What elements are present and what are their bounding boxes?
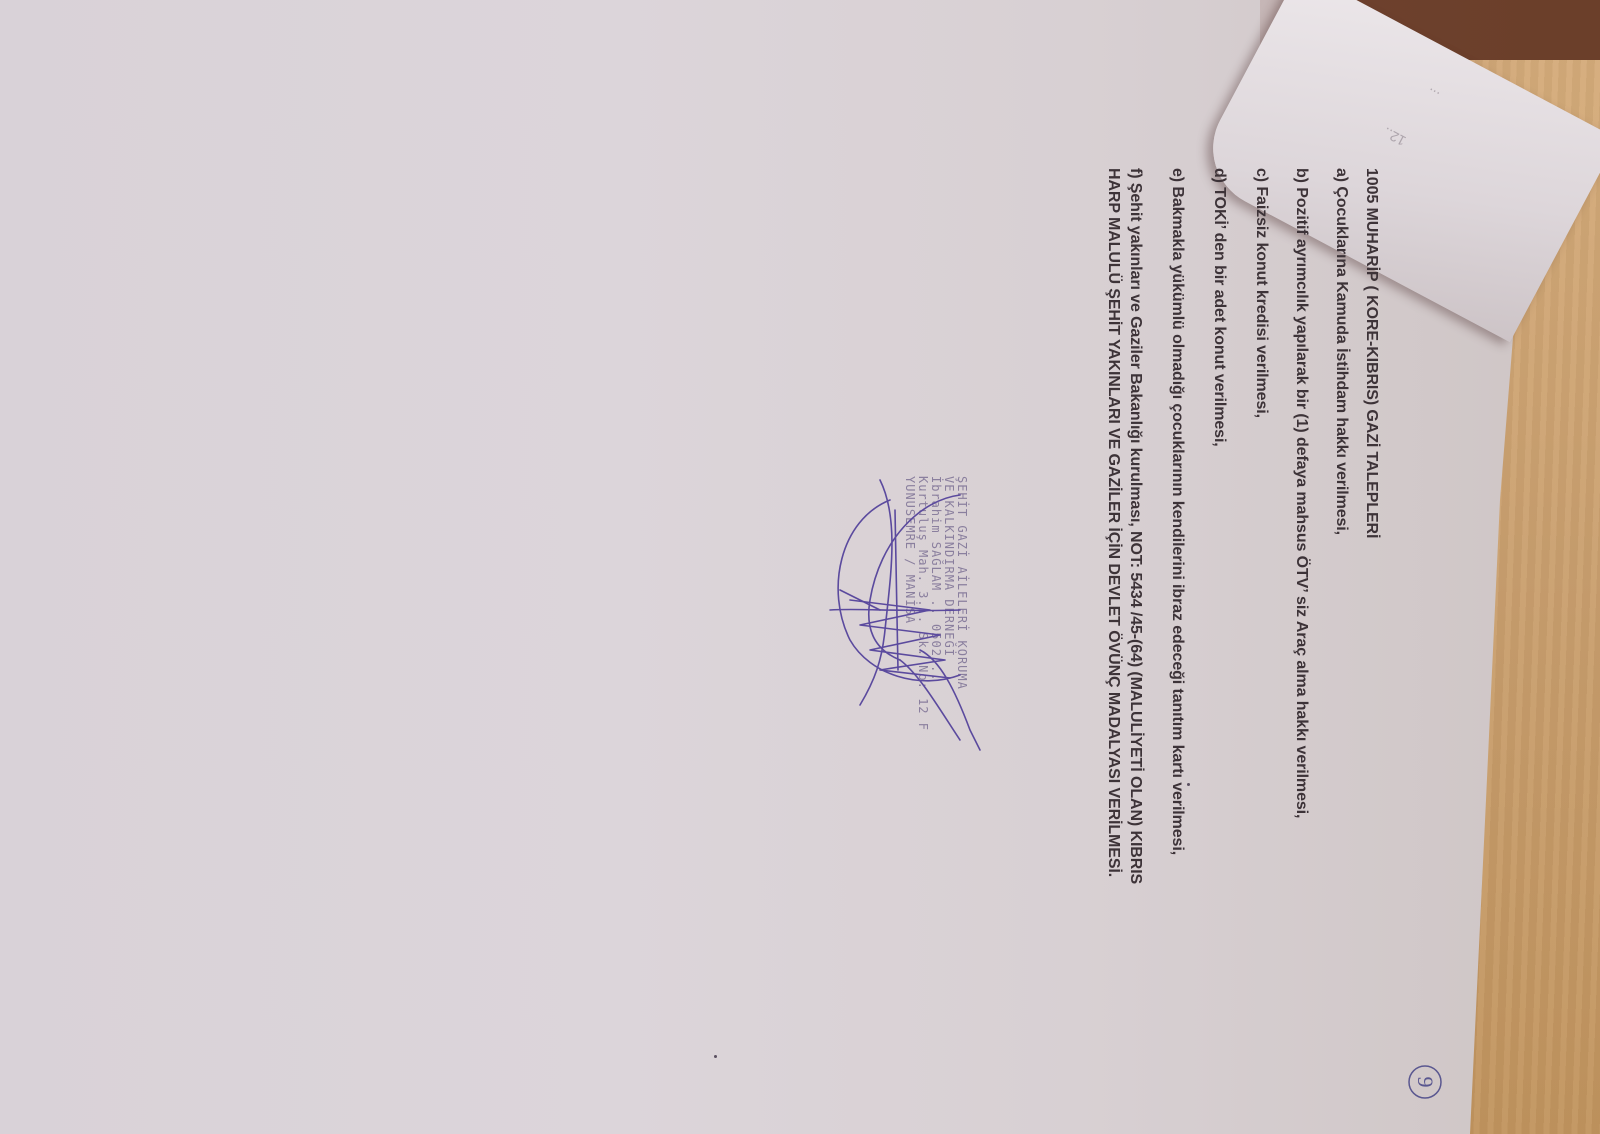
stamp-line: İbrahim SAĞLAM .. 0502 .. <box>929 476 942 731</box>
ink-dot <box>714 1055 717 1058</box>
list-item-f-continued: HARP MALULÜ ŞEHİT YAKINLARI VE GAZİLER İ… <box>1104 168 1122 877</box>
stamp-line: YUNUSEMRE / MANİSA <box>903 476 916 731</box>
list-item-e: e) Bakmakla yükümlü olmadığı çocuklarını… <box>1168 168 1186 855</box>
list-item-c: c) Faizsiz konut kredisi verilmesi, <box>1252 168 1270 418</box>
folded-page-faint-text: 12.. <box>1380 124 1408 149</box>
stamp-line: Kurtuluş Mah. 3... Sk. No: 12 F <box>916 476 929 731</box>
folded-page-faint-text: ... <box>1424 85 1442 105</box>
list-item-a: a) Çocuklarına Kamuda İstihdam hakkı ver… <box>1332 168 1350 535</box>
document-title: 1005 MUHARİP ( KORE-KIBRIS) GAZİ TALEPLE… <box>1362 168 1380 538</box>
stamp-line: VE KALKINDIRMA DERNEĞİ <box>942 476 955 731</box>
list-item-f: f) Şehit yakınları ve Gaziler Bakanlığı … <box>1126 168 1144 884</box>
organization-stamp: ŞEHİT GAZİ AİLELERİ KORUMA VE KALKINDIRM… <box>903 476 968 731</box>
ink-dot <box>1187 783 1190 786</box>
stamp-line: ŞEHİT GAZİ AİLELERİ KORUMA <box>955 476 968 731</box>
list-item-b: b) Pozitif ayrımcılık yapılarak bir (1) … <box>1292 168 1310 818</box>
page-number: 9 <box>1413 1070 1437 1094</box>
list-item-d: d) TOKİ’ den bir adet konut verilmesi, <box>1210 168 1228 447</box>
